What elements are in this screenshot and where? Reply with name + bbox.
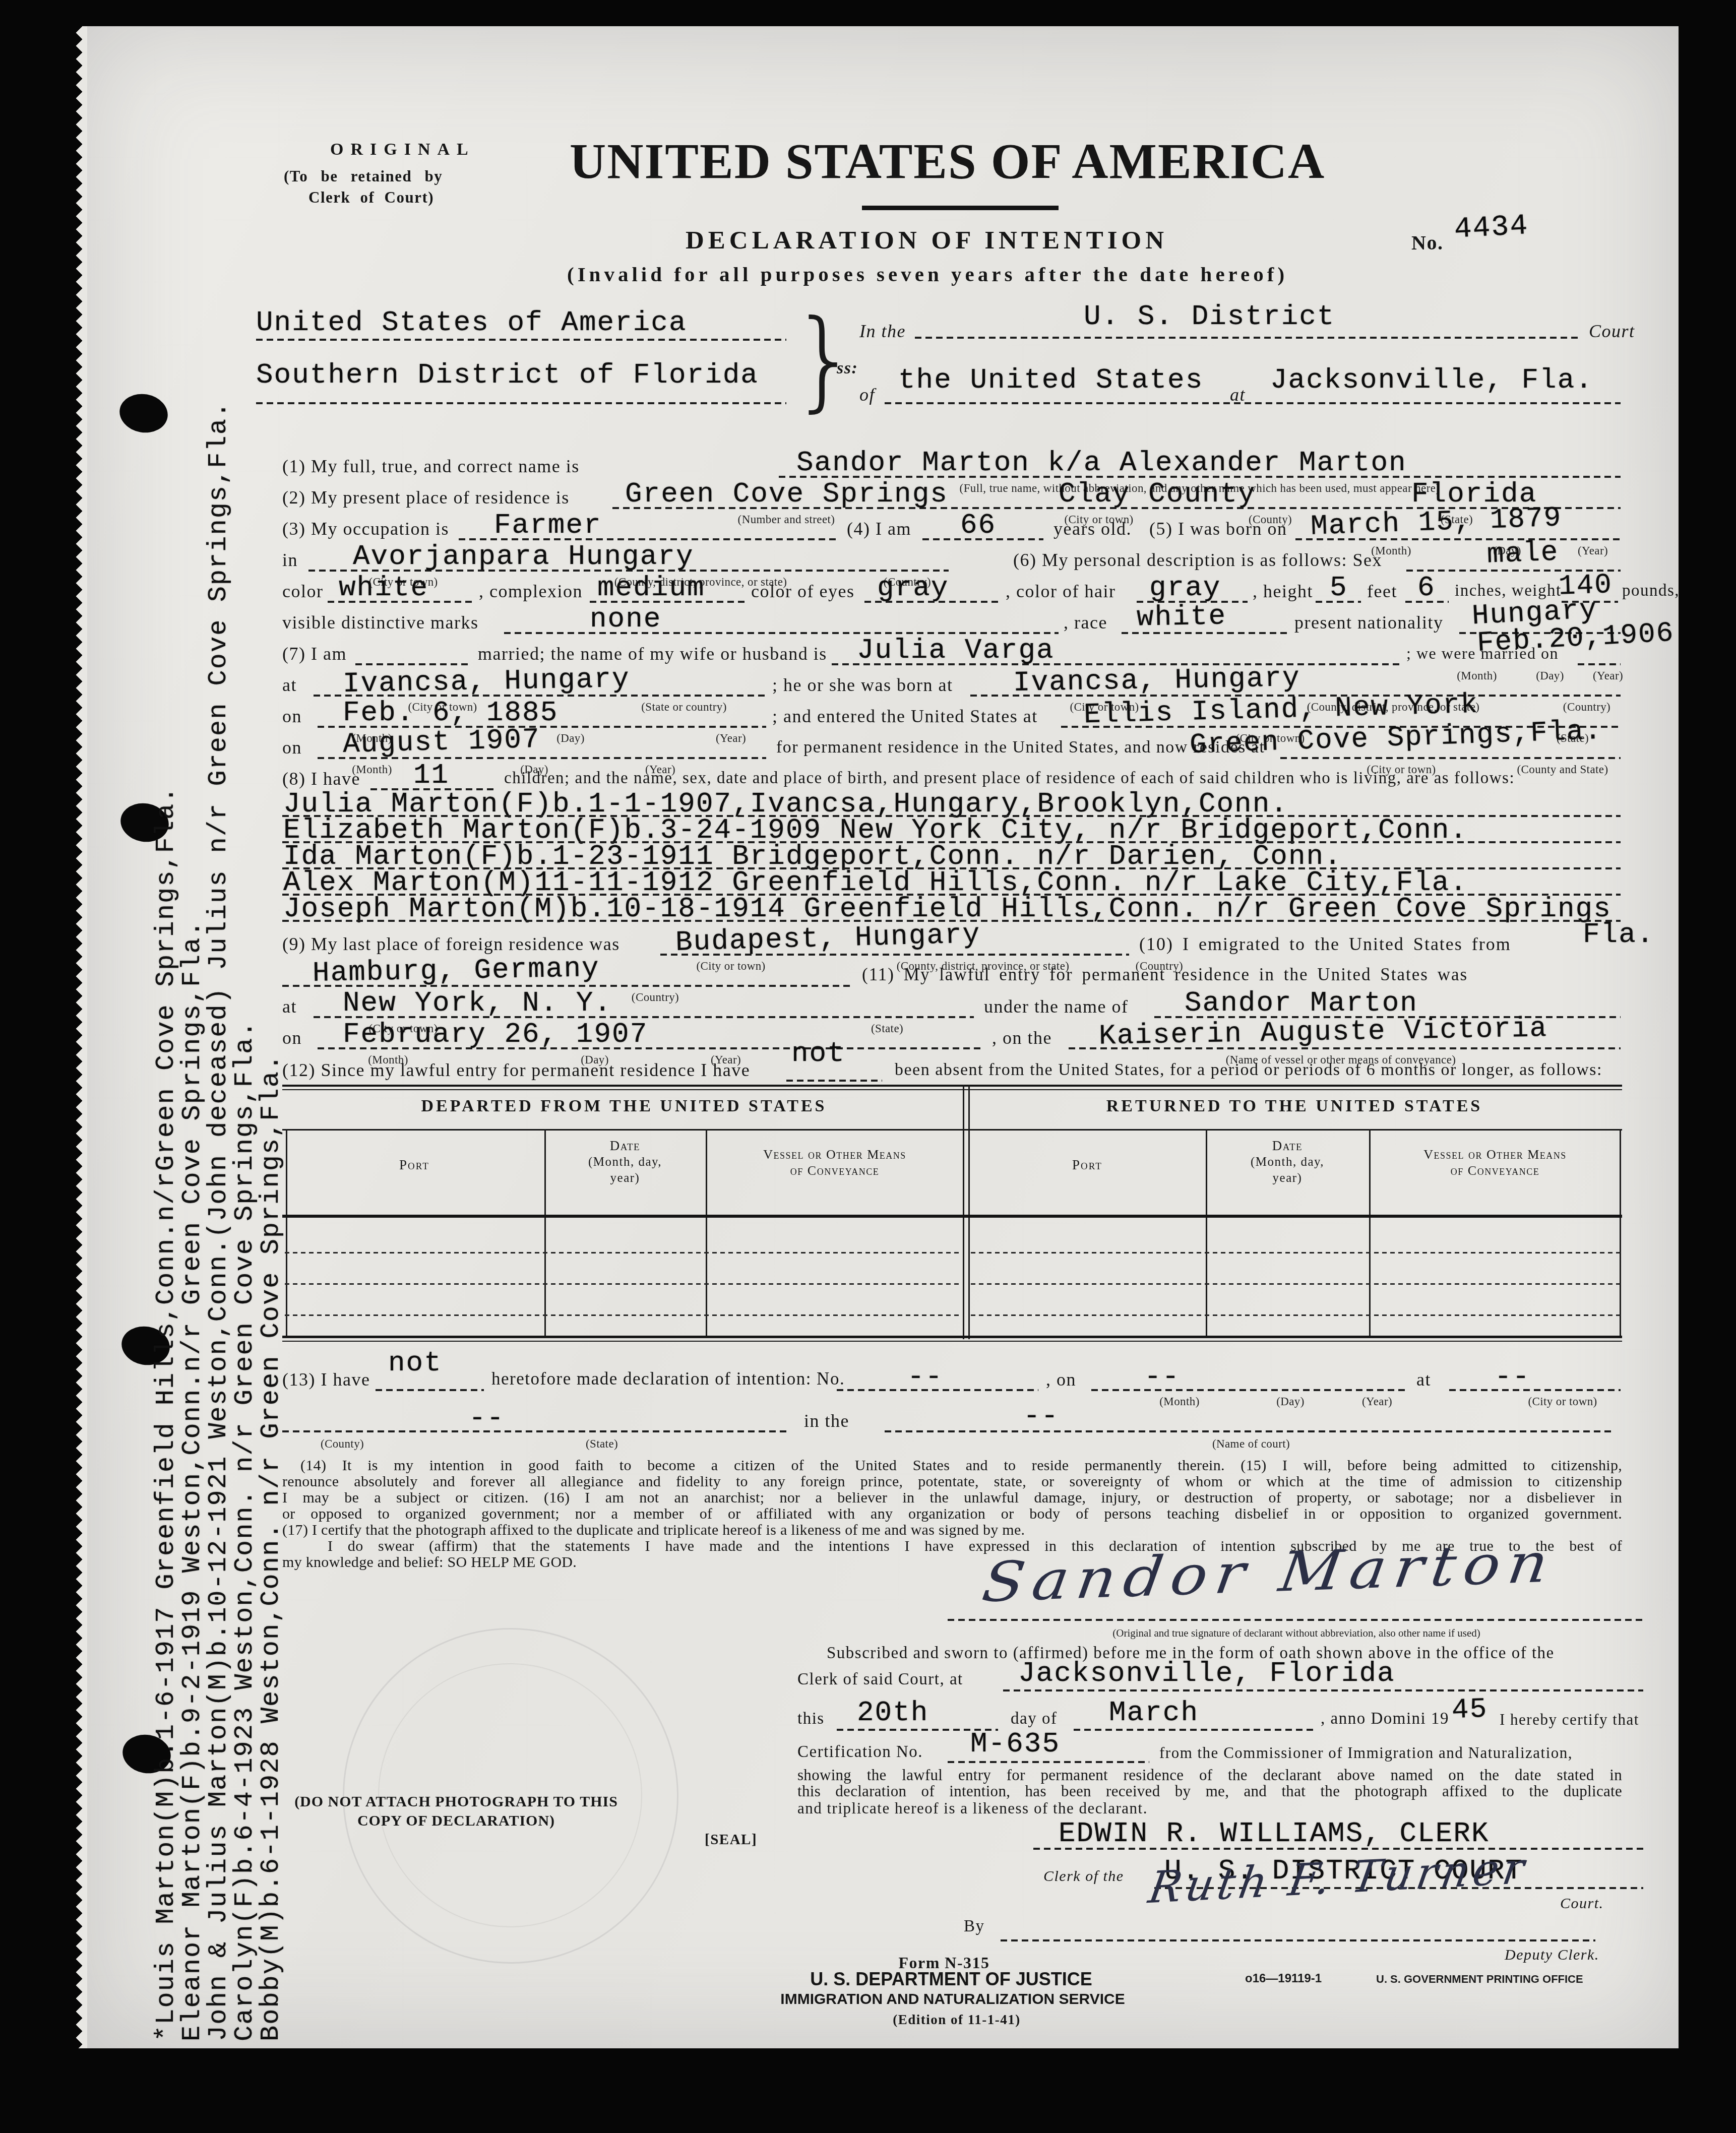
blank-line <box>282 1430 786 1432</box>
sublabel-year4: (Year) <box>1362 1395 1392 1408</box>
spouse-entrydate-label: on <box>282 737 302 758</box>
on-the-label: , on the <box>992 1027 1052 1048</box>
table-col-port-right: Port <box>1072 1157 1102 1173</box>
blank-line <box>1449 1389 1621 1391</box>
field13-not: not <box>388 1347 442 1379</box>
perforated-edge <box>76 26 87 2048</box>
blank-line <box>1003 1689 1643 1691</box>
affidavit-line: or opposed to organized government; nor … <box>282 1506 1622 1522</box>
field12-label-2: been absent from the United States, for … <box>895 1060 1602 1080</box>
at-value-typed: Jacksonville, Fla. <box>1270 364 1593 396</box>
blank-line <box>915 337 1578 339</box>
cert-number: M-635 <box>970 1728 1060 1760</box>
cert-body-2: showing the lawful entry for permanent r… <box>797 1767 1622 1783</box>
table-row-line <box>971 1252 1621 1253</box>
field13-on-label: , on <box>1046 1369 1076 1390</box>
married-at-label: at <box>282 674 297 696</box>
title-rule <box>862 206 1059 210</box>
jurat-this: this <box>797 1710 825 1728</box>
spouse-born-label: ; he or she was born at <box>772 674 953 696</box>
sublabel-court: (Name of court) <box>1212 1437 1290 1451</box>
field13-county-value: -- <box>469 1402 505 1434</box>
table-header-departed: DEPARTED FROM THE UNITED STATES <box>421 1097 827 1116</box>
blank-line <box>355 663 471 665</box>
color-label: color <box>282 581 323 602</box>
sublabel-city5: (City or town) <box>696 960 765 973</box>
court-name-typed: U. S. District <box>1084 300 1335 333</box>
children-count: 11 <box>413 759 449 791</box>
complexion-label: , complexion <box>479 581 583 602</box>
by-label: By <box>964 1917 985 1936</box>
affidavit-line: I may be a subject or citizen. (16) I am… <box>282 1490 1622 1505</box>
affidavit-line: (17) I certify that the photograph affix… <box>282 1522 1622 1538</box>
number-label: No. <box>1411 231 1443 255</box>
table-header-returned: RETURNED TO THE UNITED STATES <box>1106 1097 1483 1116</box>
footer-department: U. S. DEPARTMENT OF JUSTICE <box>810 1969 1092 1990</box>
footer-edition: (Edition of 11-1-41) <box>893 2012 1021 2028</box>
field12-label-1: (12) Since my lawful entry for permanent… <box>282 1059 750 1081</box>
spouse-name: Julia Varga <box>857 634 1055 666</box>
table-vline <box>706 1129 707 1338</box>
scanned-document: ORIGINAL (To be retained by Clerk of Cou… <box>0 0 1736 2133</box>
field13-no-value: -- <box>907 1361 943 1393</box>
table-thick-rule <box>282 1215 1622 1218</box>
table-vline <box>286 1129 287 1338</box>
of-label: of <box>859 384 875 405</box>
field8-label: (8) I have <box>282 768 360 789</box>
hair-label: , color of hair <box>1006 581 1115 602</box>
jurat-day: 20th <box>857 1697 928 1729</box>
cert-body-4: and triplicate hereof is a likeness of t… <box>797 1799 1148 1817</box>
marriage-place: Ivancsa, Hungary <box>342 663 630 700</box>
spouse-birthdate-label: on <box>282 706 302 727</box>
blank-line <box>885 402 1621 404</box>
copy-label: ORIGINAL <box>330 140 475 159</box>
blank-line <box>1001 1939 1595 1941</box>
photo-note-1: (DO NOT ATTACH PHOTOGRAPH TO THIS <box>294 1793 618 1810</box>
table-col-port-left: Port <box>399 1157 429 1173</box>
table-col-vessel-right: Vessel or Other Means <box>1423 1147 1567 1162</box>
field1-label: (1) My full, true, and correct name is <box>282 456 580 477</box>
venue-ss: ss: <box>837 359 858 378</box>
table-top-rule-2 <box>282 1089 1622 1090</box>
sublabel-country2: (Country) <box>1563 701 1610 714</box>
height-feet-value: 5 <box>1330 572 1348 604</box>
copy-note-2: Clerk of Court) <box>308 189 434 207</box>
table-bottom-rule <box>282 1336 1622 1338</box>
table-top-rule <box>282 1085 1622 1087</box>
field2-value-city: Green Cove Springs <box>625 478 948 510</box>
table-col-vessel-left: Vessel or Other Means <box>763 1147 906 1162</box>
margin-note-john-julius: John & Julius Marton(M)b.10-12-1921 West… <box>204 401 233 2041</box>
table-row-line <box>971 1283 1621 1285</box>
blank-line <box>885 1430 1613 1432</box>
margin-note-eleanor: Eleanor Marton(F)b.9-2-1919 Weston,Conn.… <box>177 920 207 2041</box>
height-label: , height <box>1253 581 1313 602</box>
field6-label: (6) My personal description is as follow… <box>1013 549 1382 571</box>
marks-value: none <box>590 603 661 635</box>
field13-at-value: -- <box>1495 1361 1530 1393</box>
complexion-value: medium <box>597 572 705 604</box>
blank-line <box>1280 757 1621 759</box>
blank-line <box>786 1080 882 1082</box>
marks-label: visible distinctive marks <box>282 612 478 633</box>
blank-line <box>376 1389 484 1391</box>
field9-label: (9) My last place of foreign residence w… <box>282 933 620 955</box>
validity-note: (Invalid for all purposes seven years af… <box>567 262 1288 286</box>
field7-married-label: married; the name of my wife or husband … <box>478 643 827 664</box>
field13-on-value: -- <box>1144 1361 1180 1393</box>
seal-label: [SEAL] <box>705 1832 757 1848</box>
entered-us-label: ; and entered the United States at <box>772 706 1038 727</box>
table-center-divider-2 <box>968 1085 970 1339</box>
field5-in-label: in <box>282 549 298 571</box>
field2-value-county: Clay County <box>1059 478 1256 510</box>
table-col-vessel-right-2: of Conveyance <box>1451 1163 1539 1178</box>
color-value: white <box>339 572 428 604</box>
signature-caption: (Original and true signature of declaran… <box>1112 1627 1480 1640</box>
sublabel-state-country: (State or country) <box>641 701 726 714</box>
sublabel-county4: (County) <box>321 1437 364 1451</box>
photo-note-2: COPY OF DECLARATION) <box>357 1812 555 1830</box>
field13-court-value: -- <box>1023 1400 1059 1432</box>
spouse-entry-date: August 1907 <box>342 723 540 761</box>
page-title: UNITED STATES OF AMERICA <box>570 132 1325 190</box>
table-col-vessel-left-2: of Conveyance <box>790 1163 879 1178</box>
table-vline <box>544 1129 546 1338</box>
court-word-2: Court. <box>1560 1895 1604 1912</box>
cert-body-3: this declaration of intention, has been … <box>797 1783 1622 1799</box>
sublabel-county-state: (County and State) <box>1517 763 1608 776</box>
jurat-anno: , anno Domini 19 <box>1321 1710 1449 1728</box>
jurat-year: 45 <box>1451 1693 1488 1726</box>
table-vline <box>1620 1129 1621 1338</box>
hair-value: gray <box>1149 572 1221 604</box>
table-col-date-left-2: (Month, day, <box>588 1155 662 1169</box>
table-col-date-right-2: (Month, day, <box>1251 1155 1324 1169</box>
field7-sublabel-month: (Month) <box>1457 669 1497 682</box>
footer-gpo-number: o16—19119-1 <box>1245 1972 1322 1986</box>
margin-note-louis: *Louis Marton(M)b.1-6-1917 Greenfield Hi… <box>151 786 181 2041</box>
field13-declaration-label: heretofore made declaration of intention… <box>491 1369 845 1389</box>
race-value: white <box>1136 600 1226 634</box>
field13-label: (13) I have <box>282 1369 370 1390</box>
table-col-date-left: Date <box>610 1138 640 1154</box>
sublabel-country4: (Country) <box>632 991 679 1004</box>
table-row-line <box>285 1252 960 1253</box>
table-col-date-right: Date <box>1272 1138 1303 1154</box>
field3-label: (3) My occupation is <box>282 518 449 539</box>
table-row-line <box>971 1314 1621 1316</box>
field7-sublabel-year: (Year) <box>1593 669 1623 682</box>
subtitle: DECLARATION OF INTENTION <box>686 226 1168 255</box>
sublabel-day4: (Day) <box>1276 1395 1305 1408</box>
venue-plaintiff: United States of America <box>256 306 687 339</box>
affidavit-line: renounce absolutely and forever all alle… <box>282 1474 1622 1489</box>
sublabel-state3: (State) <box>871 1022 903 1035</box>
sublabel-year: (Year) <box>716 732 746 745</box>
table-bottom-rule-2 <box>282 1341 1622 1342</box>
field13-at-label: at <box>1416 1369 1431 1390</box>
entry-on-label: on <box>282 1027 302 1048</box>
field11-label: (11) My lawful entry for permanent resid… <box>862 965 1468 985</box>
spouse-birthplace: Ivancsa, Hungary <box>1013 662 1300 699</box>
blank-line <box>256 402 786 404</box>
field2-sublabel-street: (Number and street) <box>738 513 835 526</box>
footer-gpo: U. S. GOVERNMENT PRINTING OFFICE <box>1376 1973 1583 1986</box>
field3-occupation: Farmer <box>494 509 602 541</box>
jurat-day-of: day of <box>1011 1710 1057 1728</box>
copy-note-1: (To be retained by <box>284 167 443 185</box>
margin-note-carolyn: Carolyn(F)b.6-4-1923 Weston,Conn. n/r Gr… <box>230 1020 260 2041</box>
clerk-name-typed: EDWIN R. WILLIAMS, CLERK <box>1059 1817 1490 1850</box>
field6-sex: male <box>1486 536 1560 571</box>
blank-line <box>1033 1848 1643 1850</box>
entry-port: New York, N. Y. <box>343 987 612 1019</box>
table-row-line <box>285 1283 960 1285</box>
jurat-month: March <box>1109 1697 1199 1729</box>
table-vline <box>1369 1129 1371 1338</box>
sublabel-day: (Day) <box>556 732 585 745</box>
children-intro: children; and the name, sex, date and pl… <box>504 769 1515 788</box>
sublabel-state4: (State) <box>586 1437 618 1451</box>
height-inches-value: 6 <box>1417 572 1436 604</box>
venue-district: Southern District of Florida <box>256 359 759 391</box>
entry-date: February 26, 1907 <box>343 1018 648 1050</box>
deputy-clerk-label: Deputy Clerk. <box>1505 1947 1599 1964</box>
under-name-label: under the name of <box>984 996 1128 1017</box>
field12-not: not <box>791 1037 845 1070</box>
clerk-of-the-label: Clerk of the <box>1043 1868 1124 1885</box>
court-word: Court <box>1589 321 1635 342</box>
signature-line <box>948 1619 1643 1621</box>
blank-line <box>948 1761 1149 1763</box>
race-label: , race <box>1064 612 1107 633</box>
entry-name: Sandor Marton <box>1185 987 1418 1019</box>
sublabel-month4: (Month) <box>1159 1395 1199 1408</box>
cert-label: Certification No. <box>797 1743 923 1762</box>
field4-years-old: years old. <box>1053 518 1132 539</box>
table-col-date-right-3: year) <box>1273 1171 1303 1185</box>
blank-line <box>256 339 786 341</box>
sublabel-city7: (City or town) <box>1528 1395 1597 1408</box>
table-row-line <box>285 1314 960 1316</box>
eyes-value: gray <box>877 572 949 604</box>
margin-note-bobby: Bobby(M)b.6-1-1928 Weston,Conn. n/r Gree… <box>256 1054 286 2041</box>
eyes-label: color of eyes <box>751 581 854 602</box>
affidavit-line: (14) It is my intention in good faith to… <box>300 1458 1622 1473</box>
pounds-label: pounds, <box>1622 582 1680 600</box>
declaration-number: 4434 <box>1453 210 1529 246</box>
jurat-clerk-at: Clerk of said Court, at <box>797 1670 963 1689</box>
table-center-divider <box>963 1085 964 1339</box>
jurat-place: Jacksonville, Florida <box>1018 1657 1395 1689</box>
blank-line <box>1578 663 1621 665</box>
field5-label: (5) I was born on <box>1149 518 1287 539</box>
child-row-overflow: Fla. <box>1583 918 1654 951</box>
field13-in-the-label: in the <box>804 1410 849 1431</box>
field1-value: Sandor Marton k/a Alexander Marton <box>796 447 1407 479</box>
table-vline <box>1206 1129 1207 1338</box>
field10-label: (10) I emigrated to the United States fr… <box>1139 933 1511 955</box>
field2-label: (2) My present place of residence is <box>282 487 570 508</box>
emigrated-from: Hamburg, Germany <box>312 952 600 989</box>
blank-line <box>1091 1389 1409 1391</box>
field5-sublabel-year: (Year) <box>1578 544 1608 557</box>
table-header-rule <box>282 1129 1622 1131</box>
nationality-label: present nationality <box>1294 612 1443 633</box>
jurat-certify: I hereby certify that <box>1500 1711 1639 1729</box>
table-col-date-left-3: year) <box>610 1171 640 1185</box>
footer-service: IMMIGRATION AND NATURALIZATION SERVICE <box>780 1991 1125 2008</box>
field5-birthplace: Avorjanpara Hungary <box>353 540 694 573</box>
field7-label: (7) I am <box>282 643 347 664</box>
field7-sublabel-day: (Day) <box>1536 669 1564 682</box>
blank-line <box>1074 1729 1316 1731</box>
in-the-label: In the <box>859 321 906 342</box>
of-value-typed: the United States <box>898 364 1203 396</box>
entry-at-label: at <box>282 996 297 1017</box>
feet-label: feet <box>1367 581 1397 602</box>
field4-label: (4) I am <box>847 518 911 539</box>
cert-rest: from the Commissioner of Immigration and… <box>1159 1744 1573 1762</box>
field4-age: 66 <box>960 509 996 541</box>
